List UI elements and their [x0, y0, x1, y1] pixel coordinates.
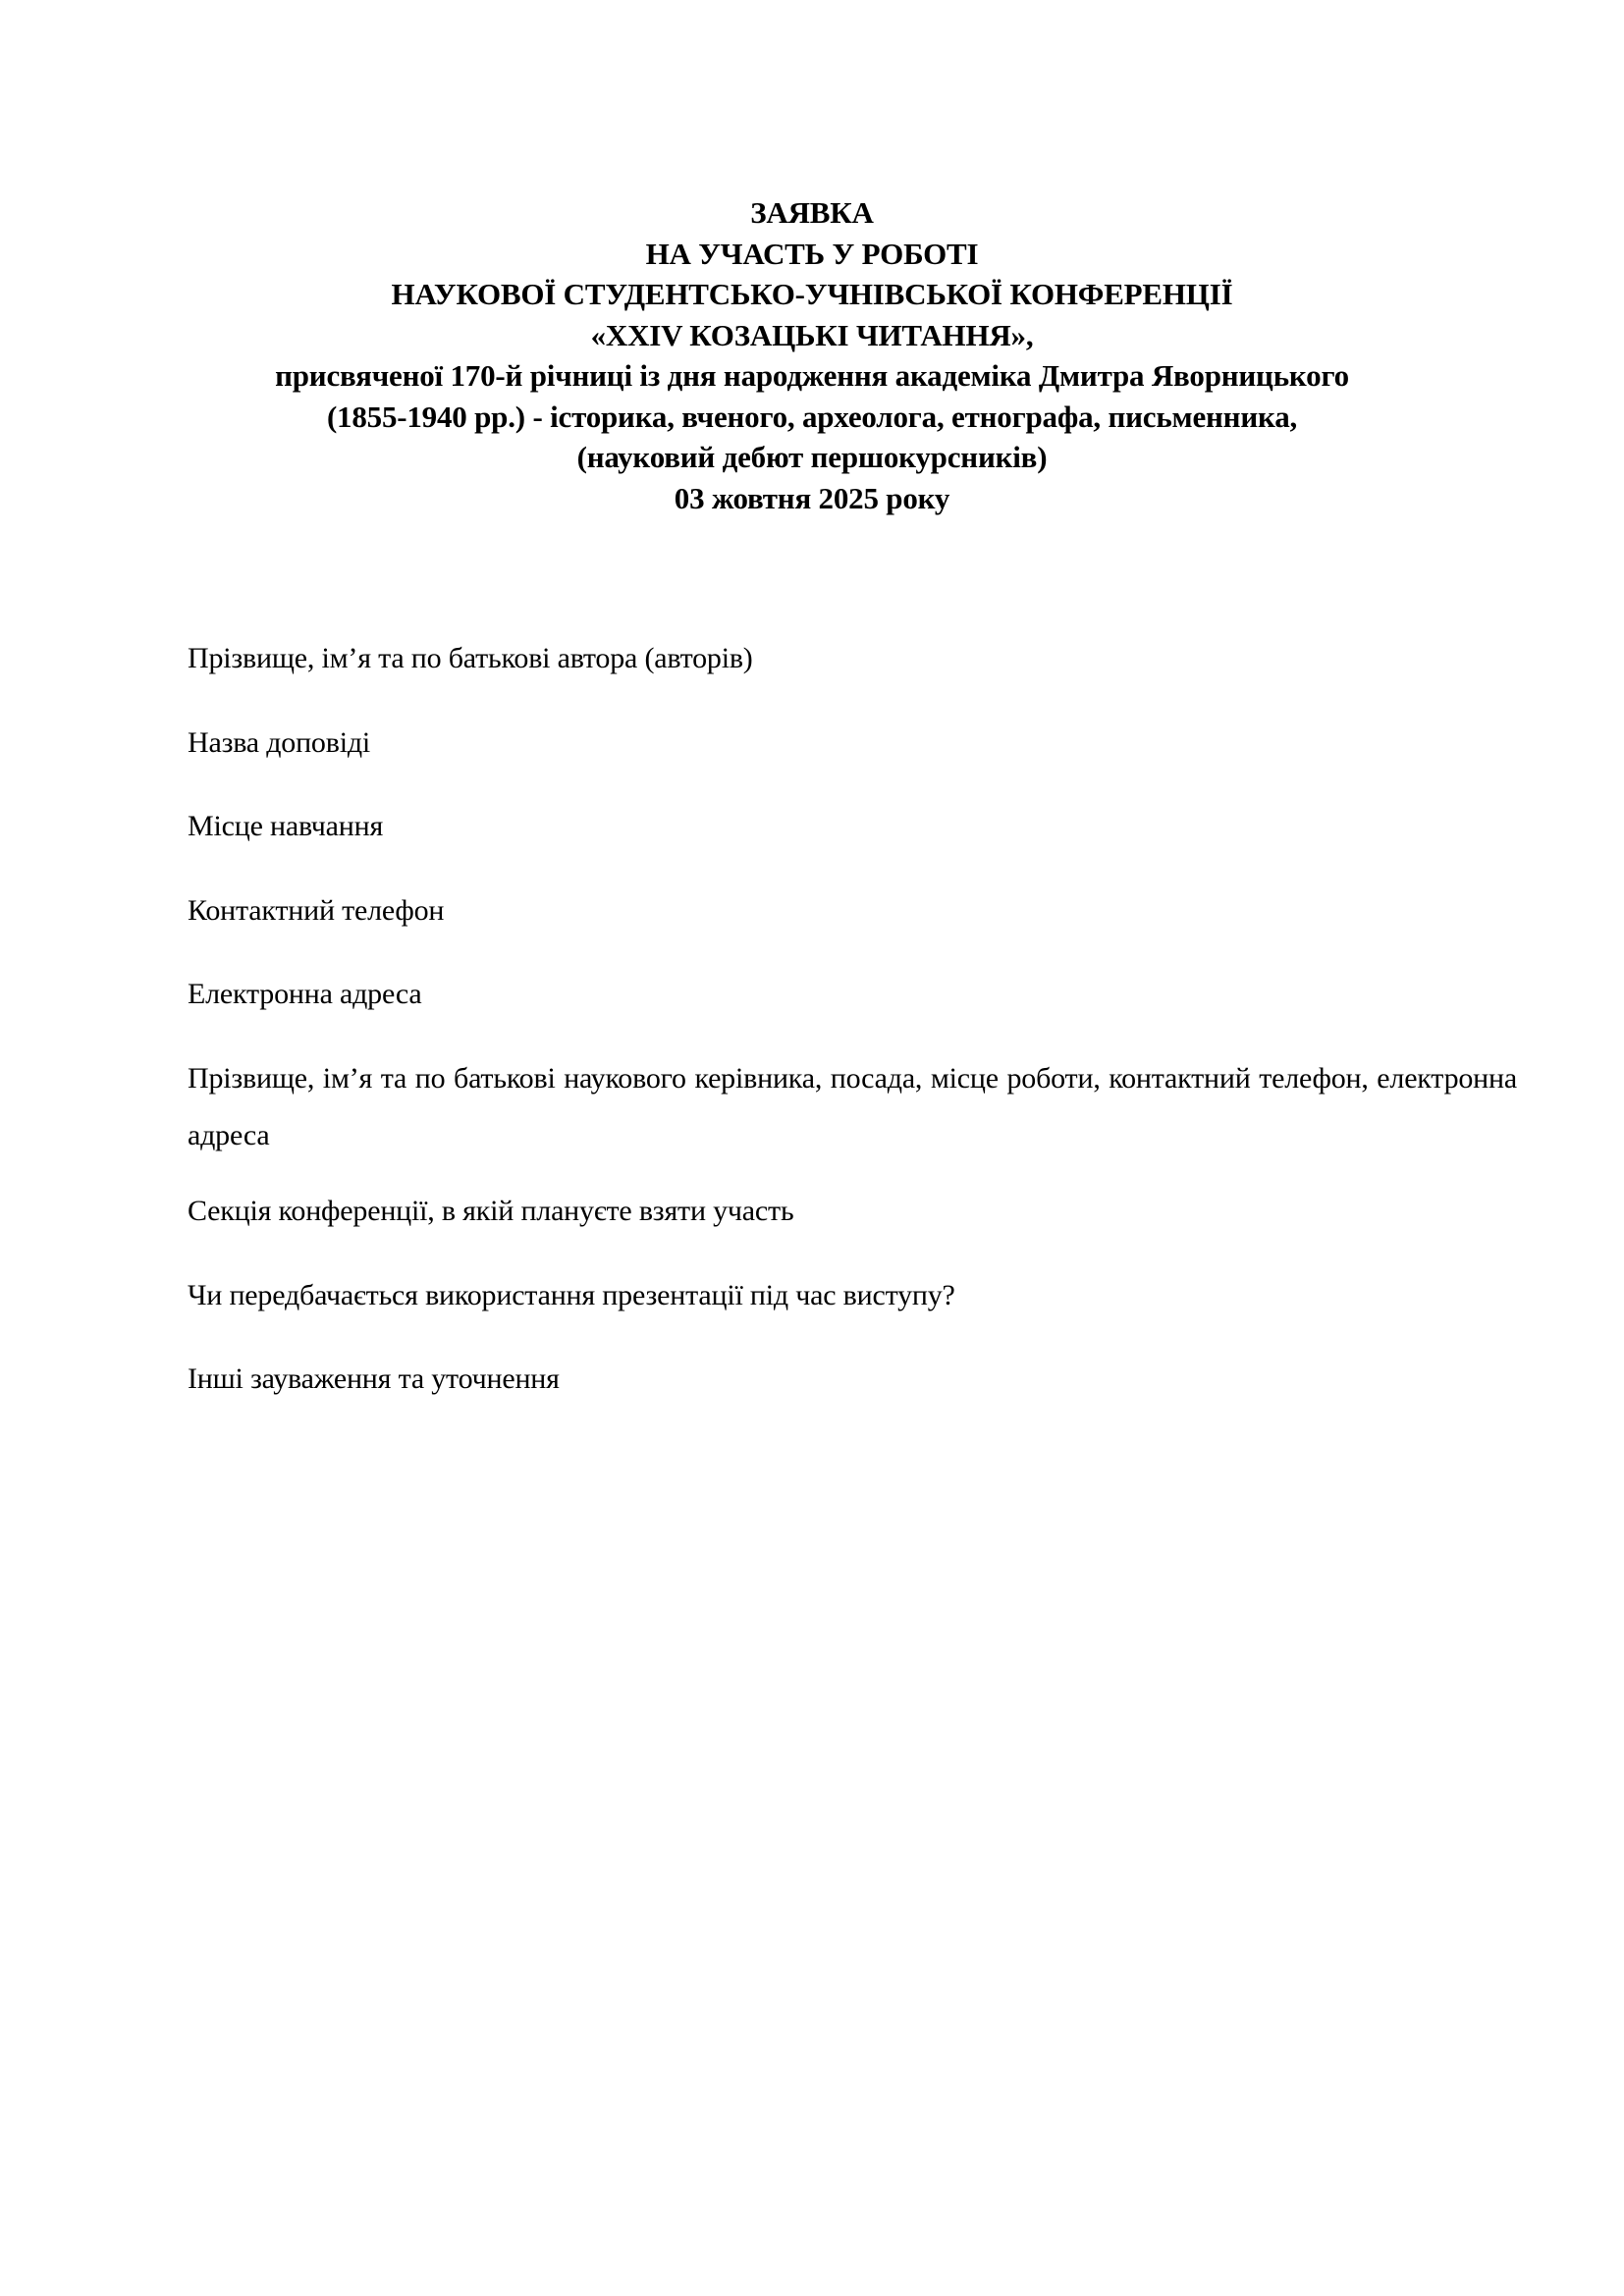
field-other-notes: Інші зауваження та уточнення — [188, 1359, 1517, 1443]
header-conference-type: НАУКОВОЇ СТУДЕНТСЬКО-УЧНІВСЬКОЇ КОНФЕРЕН… — [147, 274, 1477, 315]
field-author-name: Прізвище, ім’я та по батькові автора (ав… — [188, 638, 1517, 722]
header-date: 03 жовтня 2025 року — [147, 478, 1477, 519]
header-subtitle-participation: НА УЧАСТЬ У РОБОТІ — [147, 234, 1477, 275]
header-dedication: присвяченої 170-й річниці із дня народже… — [147, 355, 1477, 397]
field-contact-phone: Контактний телефон — [188, 890, 1517, 975]
document-page: ЗАЯВКА НА УЧАСТЬ У РОБОТІ НАУКОВОЇ СТУДЕ… — [0, 0, 1624, 2296]
header-dedication-details: (1855-1940 рр.) - історика, вченого, арх… — [147, 397, 1477, 438]
field-report-title: Назва доповіді — [188, 722, 1517, 807]
field-conference-section: Секція конференції, в якій плануєте взят… — [188, 1191, 1517, 1275]
field-email: Електронна адреса — [188, 974, 1517, 1058]
field-presentation-usage: Чи передбачається використання презентац… — [188, 1275, 1517, 1360]
field-supervisor-info: Прізвище, ім’я та по батькові наукового … — [188, 1050, 1517, 1191]
application-fields: Прізвище, ім’я та по батькові автора (ав… — [188, 638, 1517, 1443]
header-note: (науковий дебют першокурсників) — [147, 437, 1477, 478]
header-title: ЗАЯВКА — [147, 192, 1477, 234]
application-header: ЗАЯВКА НА УЧАСТЬ У РОБОТІ НАУКОВОЇ СТУДЕ… — [147, 192, 1477, 518]
field-place-of-study: Місце навчання — [188, 806, 1517, 890]
header-conference-name: «XXIV КОЗАЦЬКІ ЧИТАННЯ», — [147, 315, 1477, 356]
